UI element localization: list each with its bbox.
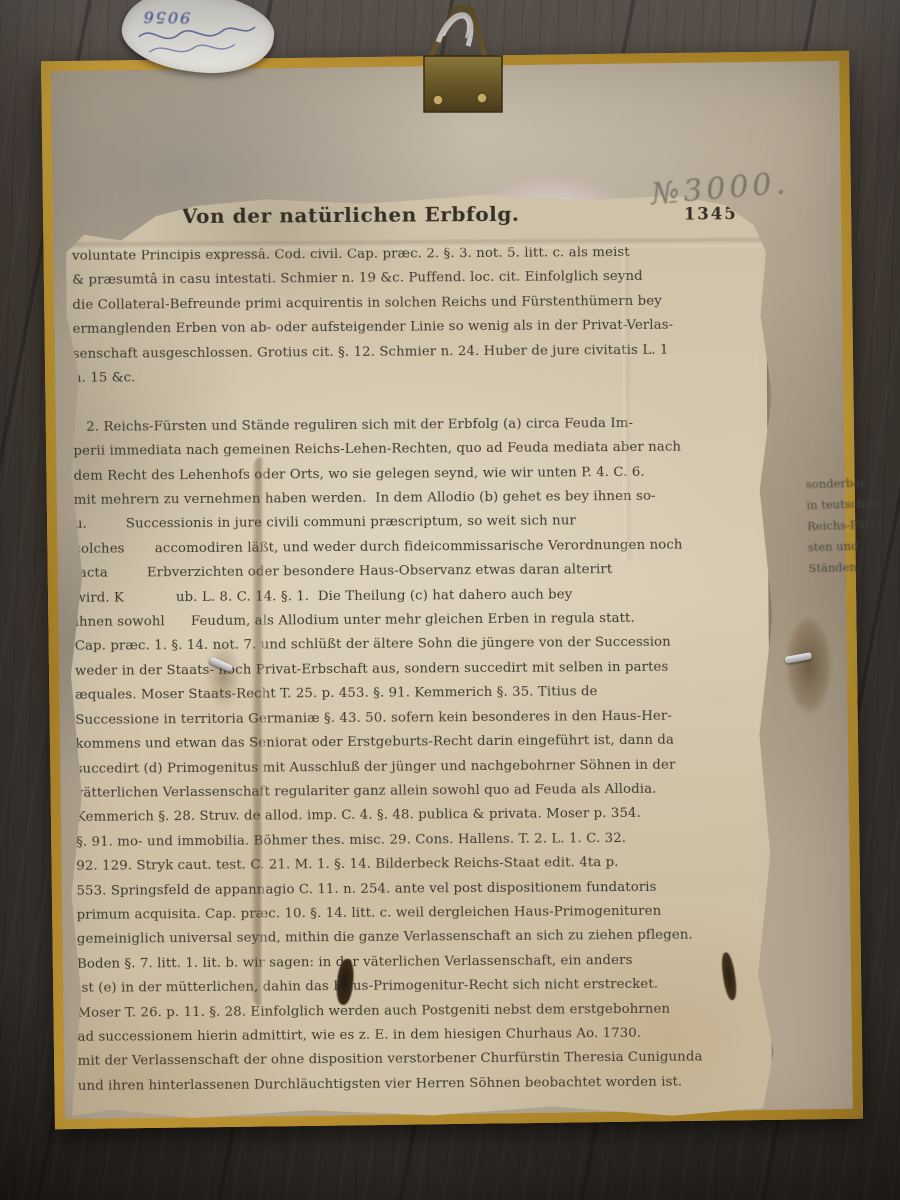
sticker-handwriting: 9056 (141, 8, 190, 28)
hanger-hardware-icon (408, 0, 518, 150)
frame-backing-paper: sonderbarin teutschenReichs-Für-sten und… (51, 61, 853, 1119)
page-text-line: gemeiniglich universal seynd, mithin die… (77, 923, 761, 952)
page-text-line: perii immediata nach gemeinen Reichs-Leh… (73, 435, 757, 464)
page-text-line: succedirt (d) Primogenitus mit Ausschluß… (76, 753, 760, 782)
page-text: voluntate Principis expressâ. Cod. civil… (66, 240, 772, 1099)
page-text-line: und ihren hinterlassenen Durchläuchtigst… (78, 1070, 762, 1099)
page-text-line: senschaft ausgeschlossen. Grotius cit. §… (73, 338, 757, 367)
margin-note-line: Reichs-Für- (807, 513, 900, 537)
torn-paper-blotch-right (786, 617, 831, 714)
margin-note-line: sonderbar (806, 471, 900, 495)
pencil-inscription: №3000. (650, 158, 882, 212)
paper-tear-vertical (251, 458, 268, 1006)
torn-paper-blotch-left (205, 641, 242, 711)
picture-frame-back: sonderbarin teutschenReichs-Für-sten und… (41, 51, 863, 1129)
page-text-line: solches accomodiren läßt, und weder durc… (74, 533, 758, 562)
underlying-page-margin-note: sonderbarin teutschenReichs-Für-sten und… (806, 471, 900, 579)
page-text-line: weder in der Staats- noch Privat-Erbscha… (75, 655, 759, 684)
pasted-printed-page: Von der natürlichen Erbfolg. 1345 volunt… (66, 190, 772, 1120)
margin-note-line: sten und (808, 534, 900, 558)
page-text-line: Moser T. 26. p. 11. §. 28. Einfolglich w… (77, 997, 761, 1026)
margin-note-line: in teutschen (806, 492, 900, 516)
margin-note-line: Ständen. (808, 555, 900, 579)
hanger-bracket (408, 0, 518, 150)
page-title: Von der natürlichen Erbfolg. (182, 202, 520, 228)
